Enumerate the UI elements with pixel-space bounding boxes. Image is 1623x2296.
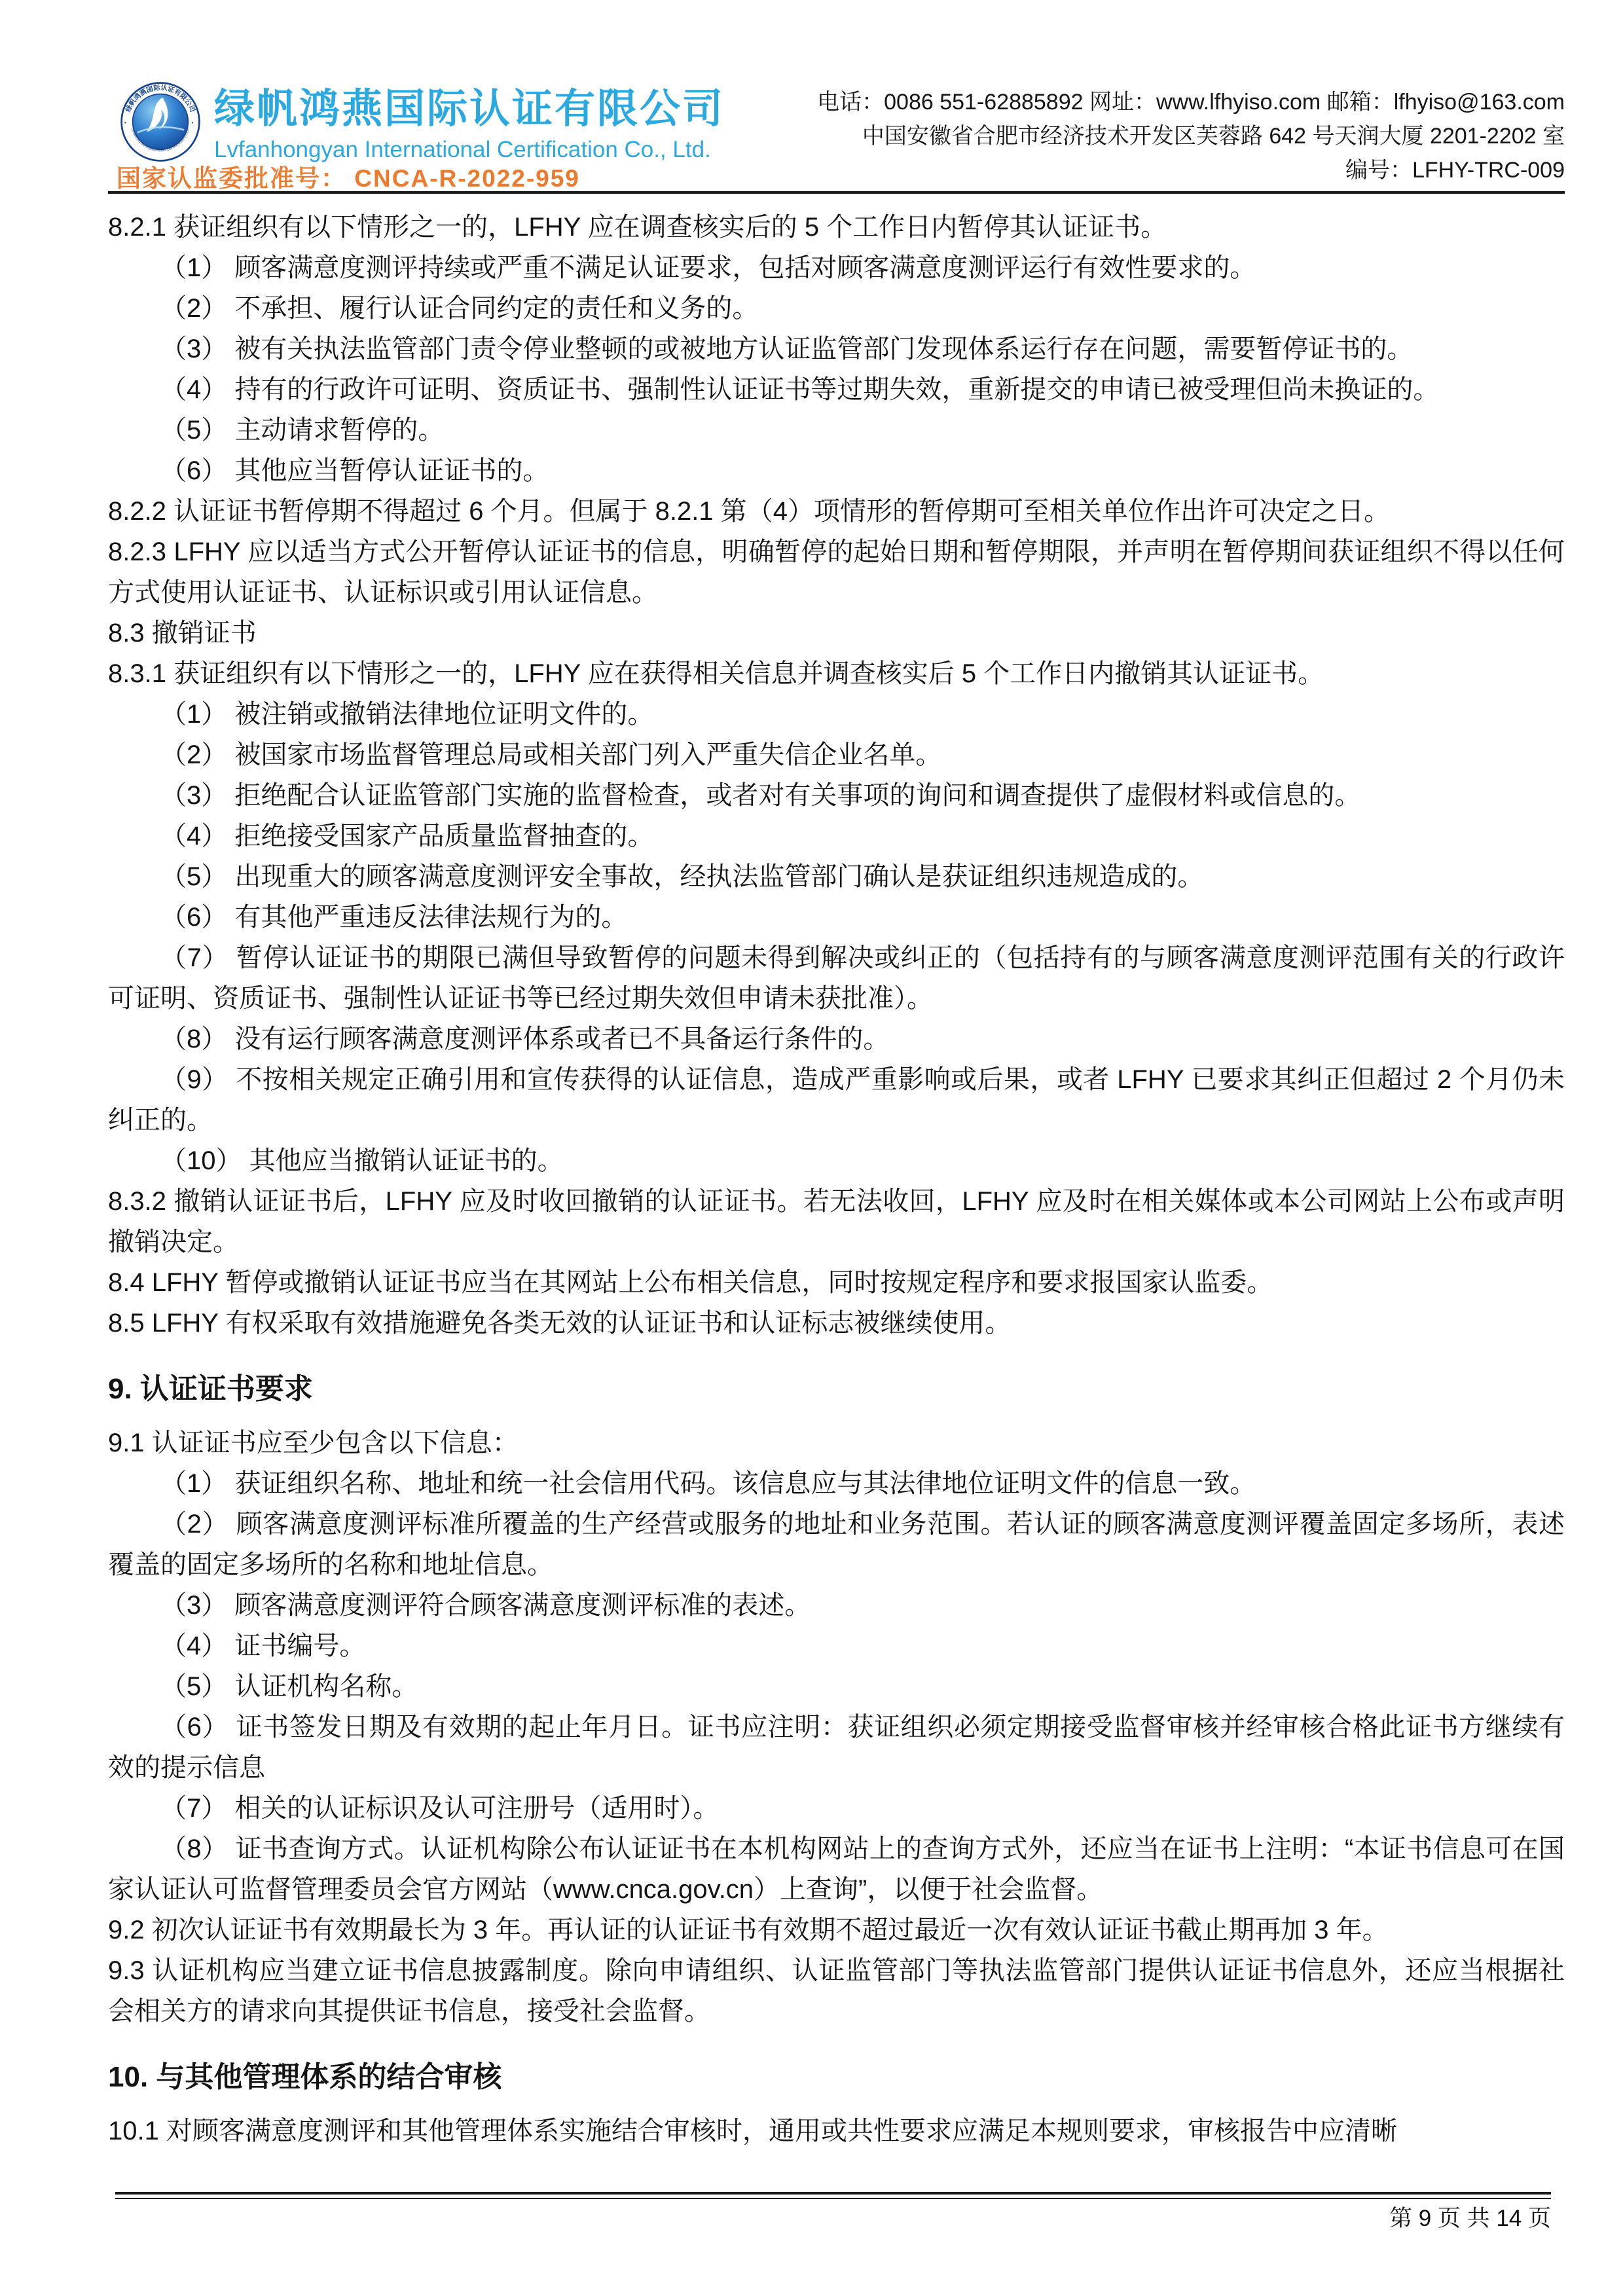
logo-star-right: • bbox=[192, 120, 194, 126]
paragraph: （6） 有其他严重违反法律法规行为的。 bbox=[108, 897, 1565, 938]
paragraph: （8） 证书查询方式。认证机构除公布认证证书在本机构网站上的查询方式外，还应当在… bbox=[108, 1829, 1565, 1910]
paragraph: （5） 认证机构名称。 bbox=[108, 1666, 1565, 1707]
company-logo-icon: 绿帆鸿燕国际认证有限公司 LVFANHONGYAN INTERNATIONAL … bbox=[120, 81, 201, 162]
paragraph: （6） 其他应当暂停认证证书的。 bbox=[108, 450, 1565, 491]
paragraph: （6） 证书签发日期及有效期的起止年月日。证书应注明：获证组织必须定期接受监督审… bbox=[108, 1707, 1565, 1788]
paragraph: 8.2.1 获证组织有以下情形之一的，LFHY 应在调查核实后的 5 个工作日内… bbox=[108, 207, 1565, 247]
footer-divider bbox=[115, 2192, 1551, 2199]
section-heading: 10. 与其他管理体系的结合审核 bbox=[108, 2054, 1565, 2101]
paragraph: （8） 没有运行顾客满意度测评体系或者已不具备运行条件的。 bbox=[108, 1019, 1565, 1059]
paragraph: （1） 获证组织名称、地址和统一社会信用代码。该信息应与其法律地位证明文件的信息… bbox=[108, 1463, 1565, 1504]
paragraph: （2） 不承担、履行认证合同约定的责任和义务的。 bbox=[108, 288, 1565, 329]
paragraph: （3） 顾客满意度测评符合顾客满意度测评标准的表述。 bbox=[108, 1585, 1565, 1626]
section-heading: 9. 认证证书要求 bbox=[108, 1366, 1565, 1413]
paragraph: （1） 顾客满意度测评持续或严重不满足认证要求，包括对顾客满意度测评运行有效性要… bbox=[108, 247, 1565, 288]
approval-number: 国家认监委批准号： CNCA-R-2022-959 bbox=[117, 158, 580, 194]
paragraph: （1） 被注销或撤销法律地位证明文件的。 bbox=[108, 694, 1565, 735]
doc-number: 编号：LFHY-TRC-009 bbox=[817, 153, 1565, 187]
document-page: 绿帆鸿燕国际认证有限公司 LVFANHONGYAN INTERNATIONAL … bbox=[0, 0, 1623, 2296]
paragraph: （9） 不按相关规定正确引用和宣传获得的认证信息，造成严重影响或后果，或者 LF… bbox=[108, 1059, 1565, 1140]
paragraph: （4） 拒绝接受国家产品质量监督抽查的。 bbox=[108, 816, 1565, 856]
paragraph: （2） 被国家市场监督管理总局或相关部门列入严重失信企业名单。 bbox=[108, 735, 1565, 775]
paragraph: 8.3.2 撤销认证证书后，LFHY 应及时收回撤销的认证证书。若无法收回，LF… bbox=[108, 1181, 1565, 1262]
paragraph: （4） 持有的行政许可证明、资质证书、强制性认证证书等过期失效，重新提交的申请已… bbox=[108, 369, 1565, 410]
contact-block: 电话：0086 551-62885892 网址：www.lfhyiso.com … bbox=[817, 85, 1565, 187]
logo-star-left: • bbox=[124, 120, 126, 126]
page-number: 第 9 页 共 14 页 bbox=[115, 2204, 1551, 2233]
paragraph: （7） 暂停认证证书的期限已满但导致暂停的问题未得到解决或纠正的（包括持有的与顾… bbox=[108, 938, 1565, 1019]
paragraph: 8.3 撤销证书 bbox=[108, 613, 1565, 653]
paragraph: 10.1 对顾客满意度测评和其他管理体系实施结合审核时，通用或共性要求应满足本规… bbox=[108, 2111, 1565, 2151]
paragraph: （5） 出现重大的顾客满意度测评安全事故，经执法监管部门确认是获证组织违规造成的… bbox=[108, 856, 1565, 897]
header-divider bbox=[108, 191, 1565, 194]
paragraph: 8.5 LFHY 有权采取有效措施避免各类无效的认证证书和认证标志被继续使用。 bbox=[108, 1303, 1565, 1343]
document-body: 8.2.1 获证组织有以下情形之一的，LFHY 应在调查核实后的 5 个工作日内… bbox=[108, 207, 1565, 2151]
company-logo: 绿帆鸿燕国际认证有限公司 LVFANHONGYAN INTERNATIONAL … bbox=[120, 81, 201, 162]
paragraph: （3） 被有关执法监管部门责令停业整顿的或被地方认证监管部门发现体系运行存在问题… bbox=[108, 329, 1565, 369]
company-name-block: 绿帆鸿燕国际认证有限公司 Lvfanhongyan International … bbox=[214, 86, 725, 164]
paragraph: （10） 其他应当撤销认证证书的。 bbox=[108, 1140, 1565, 1181]
paragraph: （7） 相关的认证标识及认可注册号（适用时）。 bbox=[108, 1788, 1565, 1829]
paragraph: （2） 顾客满意度测评标准所覆盖的生产经营或服务的地址和业务范围。若认证的顾客满… bbox=[108, 1504, 1565, 1585]
paragraph: （4） 证书编号。 bbox=[108, 1626, 1565, 1666]
paragraph: 9.1 认证证书应至少包含以下信息： bbox=[108, 1423, 1565, 1463]
paragraph: （5） 主动请求暂停的。 bbox=[108, 410, 1565, 450]
paragraph: 8.3.1 获证组织有以下情形之一的，LFHY 应在获得相关信息并调查核实后 5… bbox=[108, 653, 1565, 694]
paragraph: 8.4 LFHY 暂停或撤销认证证书应当在其网站上公布相关信息，同时按规定程序和… bbox=[108, 1262, 1565, 1303]
paragraph: （3） 拒绝配合认证监管部门实施的监督检查，或者对有关事项的询问和调查提供了虚假… bbox=[108, 775, 1565, 816]
paragraph: 9.3 认证机构应当建立证书信息披露制度。除向申请组织、认证监管部门等执法监管部… bbox=[108, 1950, 1565, 2032]
contact-phone-line: 电话：0086 551-62885892 网址：www.lfhyiso.com … bbox=[817, 85, 1565, 119]
paragraph: 8.2.3 LFHY 应以适当方式公开暂停认证证书的信息，明确暂停的起始日期和暂… bbox=[108, 532, 1565, 613]
paragraph: 9.2 初次认证证书有效期最长为 3 年。再认证的认证证书有效期不超过最近一次有… bbox=[108, 1910, 1565, 1950]
paragraph: 8.2.2 认证证书暂停期不得超过 6 个月。但属于 8.2.1 第（4）项情形… bbox=[108, 491, 1565, 532]
contact-address-line: 中国安徽省合肥市经济技术开发区芙蓉路 642 号天润大厦 2201-2202 室 bbox=[817, 119, 1565, 153]
company-name-cn: 绿帆鸿燕国际认证有限公司 bbox=[214, 86, 725, 132]
document-footer: 第 9 页 共 14 页 bbox=[115, 2192, 1551, 2233]
